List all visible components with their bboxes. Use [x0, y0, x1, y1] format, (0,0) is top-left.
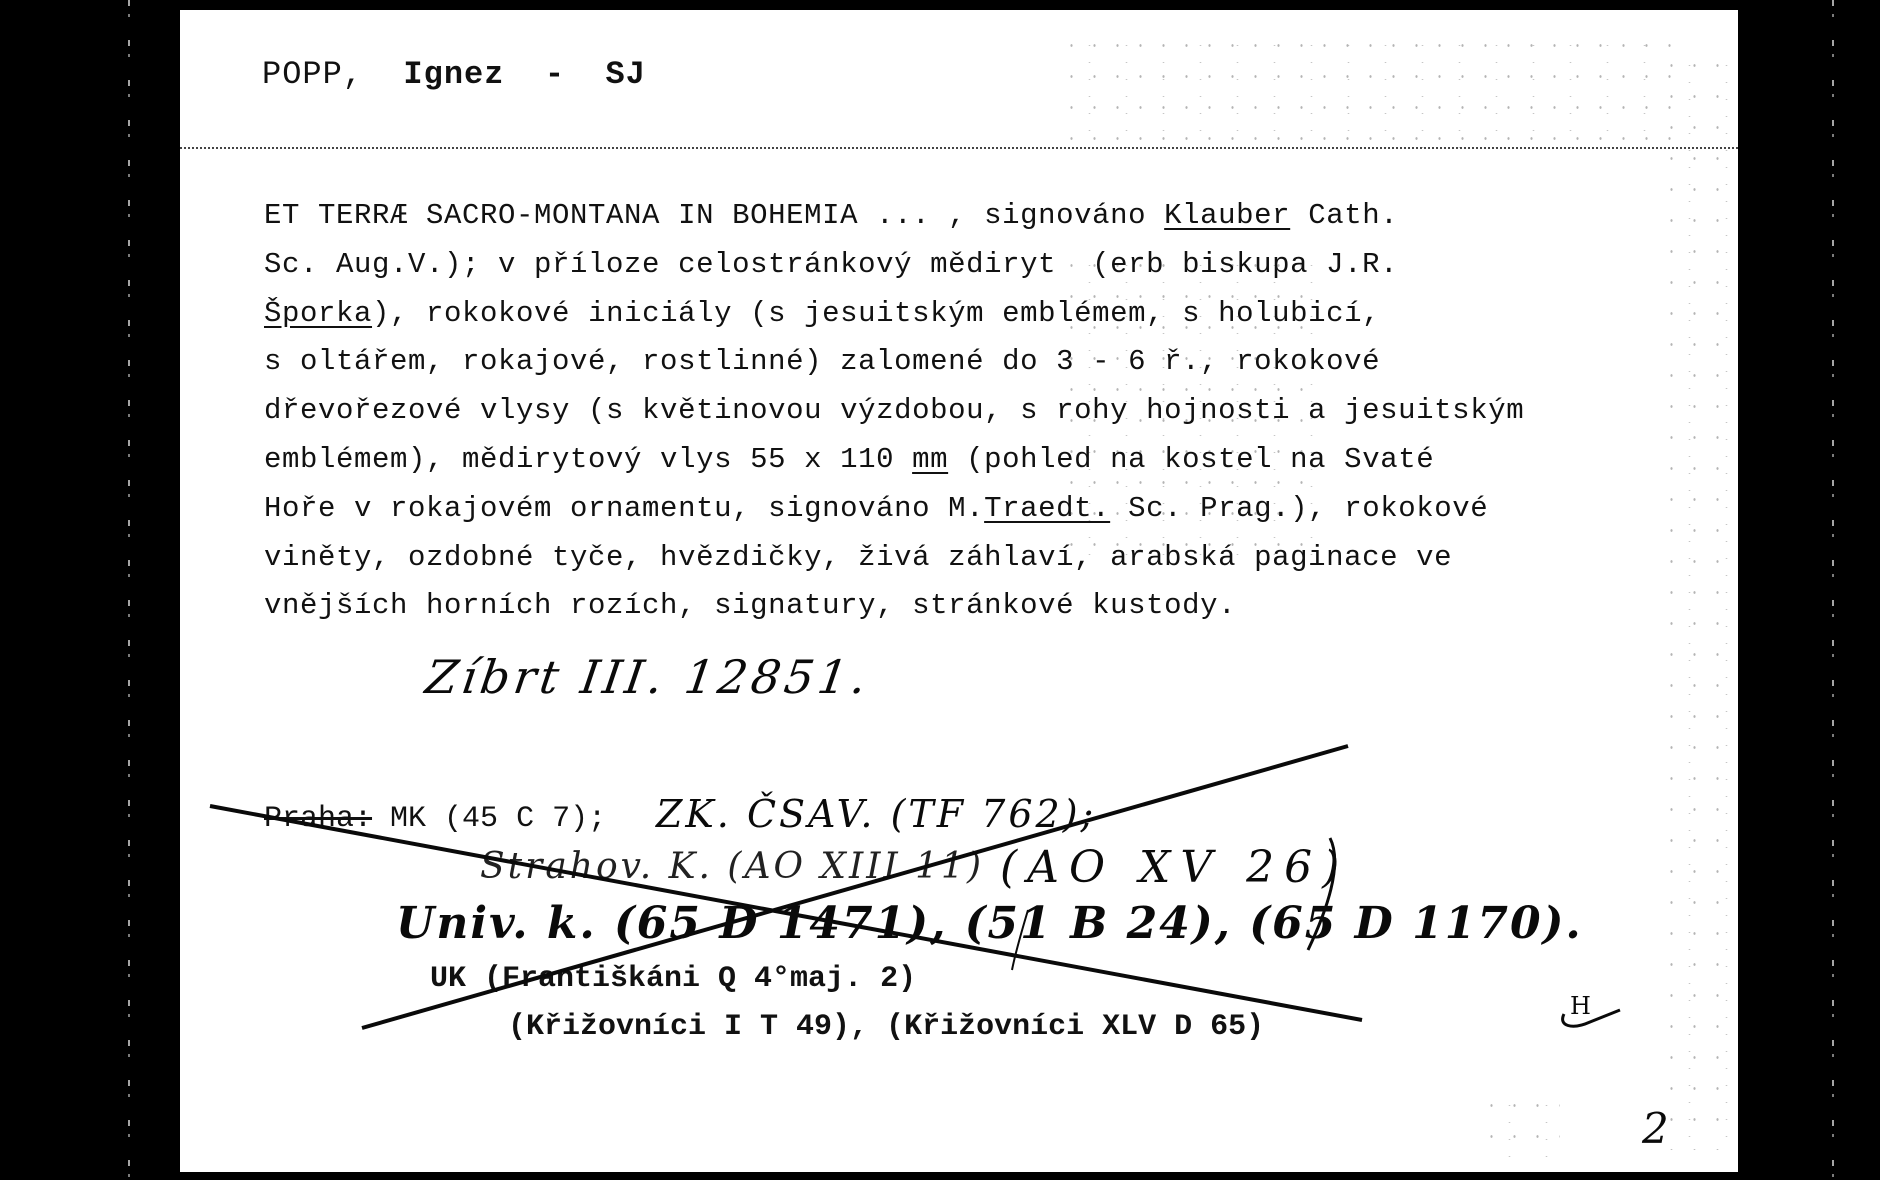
holding-strahov: Strahov. K. (AO XIII 11) — [480, 846, 984, 887]
heading-separator: - — [545, 56, 565, 93]
scan-noise — [1660, 50, 1730, 1150]
scan-noise — [1060, 30, 1680, 150]
underlined-term: mm — [912, 443, 948, 476]
description-segment: vnějších horních rozích, signatury, strá… — [264, 589, 1236, 622]
description-line: Šporka), rokokové iniciály (s jesuitským… — [264, 290, 1664, 339]
description-segment: emblémem), mědirytový vlys 55 x 110 — [264, 443, 912, 476]
description-line: vnějších horních rozích, signatury, strá… — [264, 582, 1664, 631]
praha-label: Praha: — [264, 802, 372, 836]
holdings-praha: Praha: MK (45 C 7); — [264, 802, 606, 836]
description-segment: s oltářem, rokajové, rostlinné) zalomené… — [264, 345, 1380, 378]
description-line: viněty, ozdobné tyče, hvězdičky, živá zá… — [264, 534, 1664, 583]
underlined-term: Traedt. — [984, 492, 1110, 525]
holding-strahov-extra: (AO XV 26) — [1000, 842, 1349, 893]
handwritten-reference: Zíbrt III. 12851. — [422, 650, 874, 704]
description-line: Hoře v rokajovém ornamentu, signováno M.… — [264, 485, 1664, 534]
description-segment: ), rokokové iniciály (s jesuitským emblé… — [372, 297, 1380, 330]
holding-zk-csav: ZK. ČSAV. (TF 762); — [656, 792, 1096, 836]
underlined-term: Klauber — [1164, 199, 1290, 232]
underlined-term: Šporka — [264, 297, 372, 330]
religious-order: SJ — [605, 56, 645, 93]
holding-uk-franciscans: UK (Františkáni Q 4°maj. 2) — [430, 962, 916, 996]
description-segment: Cath. — [1290, 199, 1398, 232]
heading-divider — [180, 147, 1738, 149]
holding-mk: MK (45 C 7); — [390, 802, 606, 836]
initial-mark: H — [1570, 992, 1591, 1020]
author-surname: POPP, — [262, 56, 363, 93]
description-line: s oltářem, rokajové, rostlinné) zalomené… — [264, 338, 1664, 387]
description-line: ET TERRÆ SACRO-MONTANA IN BOHEMIA ... , … — [264, 192, 1664, 241]
card-page-number: 2 — [1642, 1104, 1669, 1153]
description-line: dřevořezové vlysy (s květinovou výzdobou… — [264, 387, 1664, 436]
description-line: emblémem), mědirytový vlys 55 x 110 mm (… — [264, 436, 1664, 485]
description-segment: dřevořezové vlysy (s květinovou výzdobou… — [264, 394, 1524, 427]
description-text: ET TERRÆ SACRO-MONTANA IN BOHEMIA ... , … — [264, 192, 1664, 631]
holding-univ-k: Univ. k. (65 D 1471), (51 B 24), (65 D 1… — [396, 898, 1583, 949]
description-segment: Sc. Aug.V.); v příloze celostránkový měd… — [264, 248, 1398, 281]
holding-uk-krizovnici: (Křižovníci I T 49), (Křižovníci XLV D 6… — [508, 1010, 1264, 1044]
card-heading: POPP, Ignez - SJ — [262, 56, 646, 93]
scan-edge-left — [128, 0, 130, 1180]
scan-noise — [1480, 1090, 1560, 1160]
scan-edge-right — [1832, 0, 1834, 1180]
description-segment: Hoře v rokajovém ornamentu, signováno M. — [264, 492, 984, 525]
description-line: Sc. Aug.V.); v příloze celostránkový měd… — [264, 241, 1664, 290]
author-given-name: Ignez — [403, 56, 504, 93]
description-segment: Sc. Prag.), rokokové — [1110, 492, 1488, 525]
description-segment: (pohled na kostel na Svaté — [948, 443, 1434, 476]
description-segment: ET TERRÆ SACRO-MONTANA IN BOHEMIA ... , … — [264, 199, 1164, 232]
description-segment: viněty, ozdobné tyče, hvězdičky, živá zá… — [264, 541, 1452, 574]
catalog-card: POPP, Ignez - SJ ET TERRÆ SACRO-MONTANA … — [180, 10, 1738, 1172]
